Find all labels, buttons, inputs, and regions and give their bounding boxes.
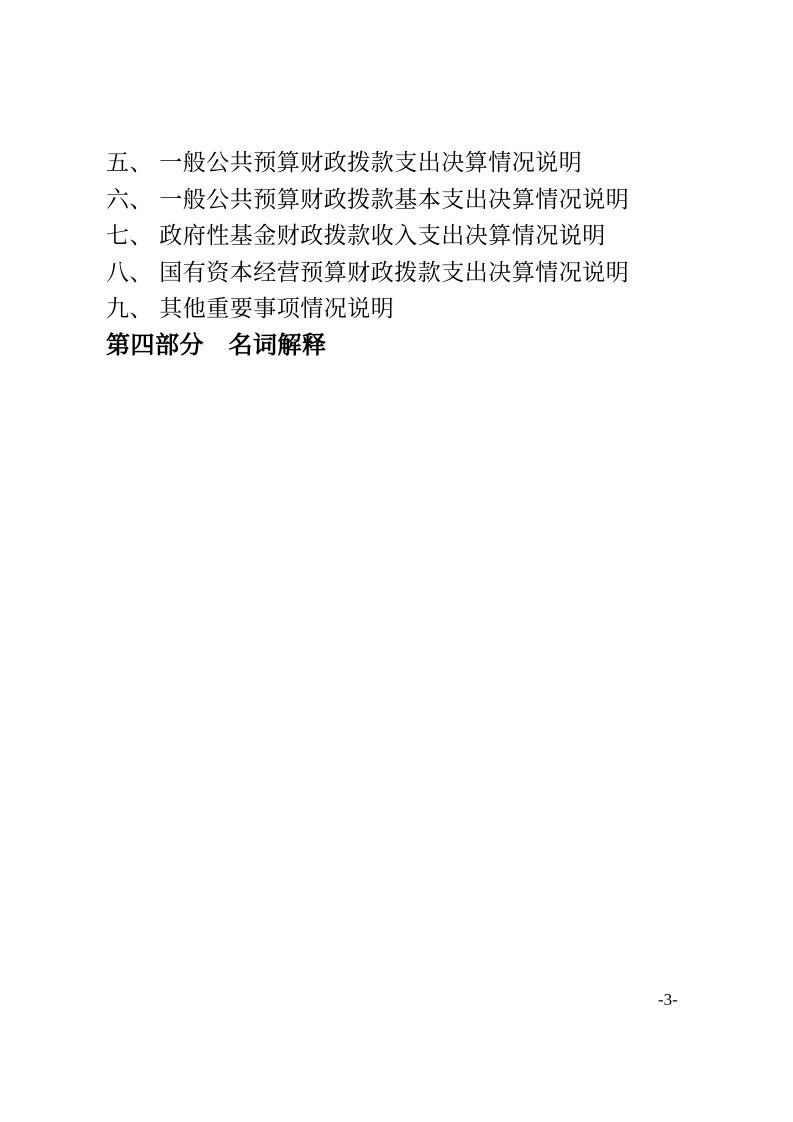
toc-item: 六、 一般公共预算财政拨款基本支出决算情况说明 xyxy=(106,182,703,219)
toc-item: 九、 其他重要事项情况说明 xyxy=(106,291,703,328)
toc-item: 七、 政府性基金财政拨款收入支出决算情况说明 xyxy=(106,218,703,255)
toc-section: 五、 一般公共预算财政拨款支出决算情况说明 六、 一般公共预算财政拨款基本支出决… xyxy=(106,145,703,364)
section-heading: 第四部分 名词解释 xyxy=(106,328,703,365)
page-number: -3- xyxy=(658,990,678,1010)
toc-item: 八、 国有资本经营预算财政拨款支出决算情况说明 xyxy=(106,255,703,292)
toc-item: 五、 一般公共预算财政拨款支出决算情况说明 xyxy=(106,145,703,182)
document-page: 五、 一般公共预算财政拨款支出决算情况说明 六、 一般公共预算财政拨款基本支出决… xyxy=(0,0,793,1122)
